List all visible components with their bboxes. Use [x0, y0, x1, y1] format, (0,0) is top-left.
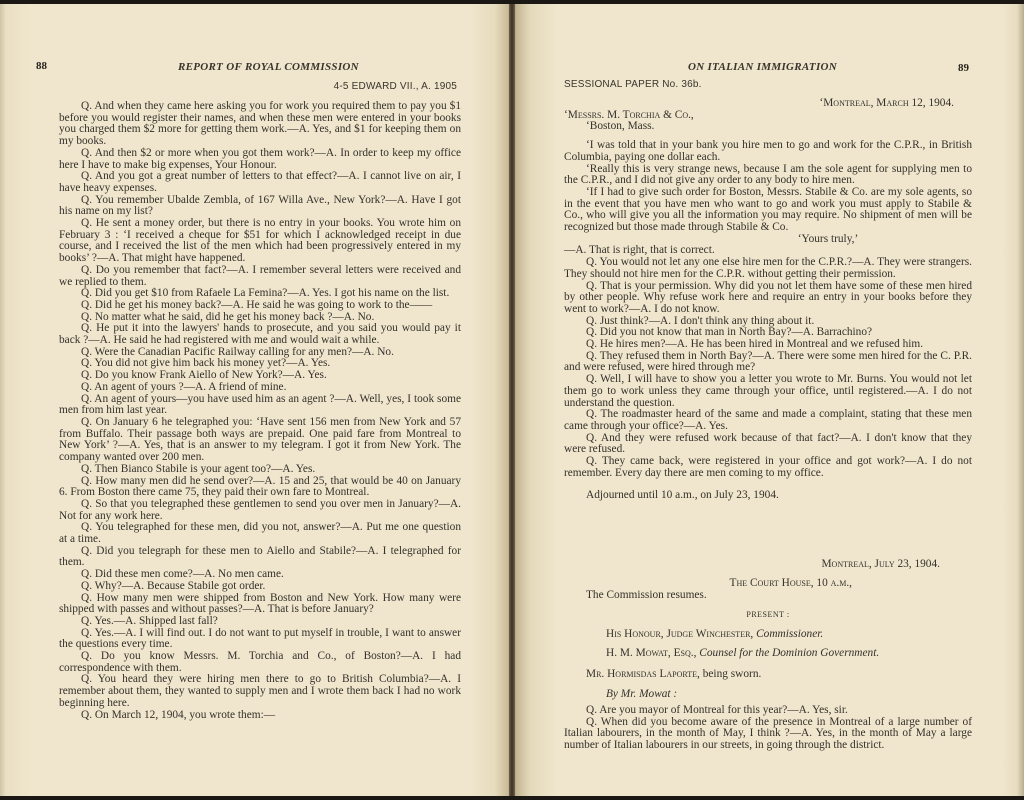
book-gutter [509, 4, 515, 796]
paragraph: Q. Are you mayor of Montreal for this ye… [564, 705, 972, 717]
paragraph: Q. And when they came here asking you fo… [59, 101, 461, 148]
present-label: PRESENT : [564, 609, 972, 621]
present-counsel: H. M. Mowat, Esq., Counsel for the Domin… [564, 648, 972, 660]
examiner-label: By Mr. Mowat : [564, 689, 972, 701]
present-commissioner: His Honour, Judge Winchester, Commission… [564, 629, 972, 641]
running-head: ON ITALIAN IMMIGRATION [688, 61, 837, 73]
letter-paragraph: ‘I was told that in your bank you hire m… [564, 140, 972, 163]
paragraph: Q. You would not let any one else hire m… [564, 257, 972, 280]
paragraph: Q. He put it into the lawyers' hands to … [59, 323, 461, 346]
running-head: REPORT OF ROYAL COMMISSION [178, 61, 359, 73]
paragraph: Q. You heard they were hiring men there … [59, 674, 461, 709]
paragraph: Q. When did you become aware of the pres… [564, 717, 972, 752]
session-subhead: SESSIONAL PAPER No. 36b. [564, 79, 702, 90]
paragraph: Q. How many men were shipped from Boston… [59, 593, 461, 616]
letter-paragraph: ‘Really this is very strange news, becau… [564, 164, 972, 187]
paragraph: Q. An agent of yours ?—A. A friend of mi… [59, 382, 461, 394]
witness-name: Mr. Hormisdas Laporte, [586, 668, 700, 680]
paragraph: Q. Yes.—A. I will find out. I do not wan… [59, 628, 461, 651]
witness-suffix: being sworn. [703, 668, 762, 680]
letter-paragraph: ‘If I had to give such order for Boston,… [564, 187, 972, 234]
adjournment-note: Adjourned until 10 a.m., on July 23, 190… [564, 490, 972, 502]
paragraph: Q. They came back, were registered in yo… [564, 456, 972, 479]
paragraph: Q. Do you know Messrs. M. Torchia and Co… [59, 651, 461, 674]
session-place: The Court House, 10 a.m., [564, 578, 972, 590]
right-page: ON ITALIAN IMMIGRATION 89 SESSIONAL PAPE… [512, 4, 1024, 796]
letter-address-city: ‘Boston, Mass. [564, 121, 972, 133]
right-body-text: ‘Montreal, March 12, 1904. ‘Messrs. M. T… [564, 98, 972, 752]
paragraph: Q. And you got a great number of letters… [59, 171, 461, 194]
paragraph: Q. Well, I will have to show you a lette… [564, 374, 972, 409]
paragraph: Q. He sent a money order, but there is n… [59, 218, 461, 265]
paragraph: Q. Yes.—A. Shipped last fall? [59, 616, 461, 628]
paragraph: Q. On January 6 he telegraphed you: ‘Hav… [59, 417, 461, 464]
paragraph: Q. Did you telegraph for these men to Ai… [59, 546, 461, 569]
paragraph: Q. You telegraphed for these men, did yo… [59, 522, 461, 545]
paragraph: Q. How many men did he send over?—A. 15 … [59, 476, 461, 499]
paragraph: Q. You remember Ubalde Zembla, of 167 Wi… [59, 195, 461, 218]
witness-sworn: Mr. Hormisdas Laporte, being sworn. [564, 669, 972, 681]
paragraph: Q. The roadmaster heard of the same and … [564, 409, 972, 432]
present-name: H. M. Mowat, Esq., [606, 647, 696, 659]
paragraph: Q. They refused them in North Bay?—A. Th… [564, 351, 972, 374]
paragraph: Q. And then $2 or more when you got them… [59, 148, 461, 171]
paragraph: Q. On March 12, 1904, you wrote them:— [59, 710, 461, 722]
paragraph: Q. Do you remember that fact?—A. I remem… [59, 265, 461, 288]
paragraph: Q. And they were refused work because of… [564, 433, 972, 456]
paragraph: Q. Then Bianco Stabile is your agent too… [59, 464, 461, 476]
paragraph: Q. So that you telegraphed these gentlem… [59, 499, 461, 522]
paragraph: Q. Why?—A. Because Stabile got order. [59, 581, 461, 593]
left-page: 88 REPORT OF ROYAL COMMISSION 4-5 EDWARD… [0, 4, 512, 796]
present-name: His Honour, Judge Winchester, [606, 628, 753, 640]
present-role: Counsel for the Dominion Government. [699, 647, 879, 659]
paragraph: Q. That is your permission. Why did you … [564, 281, 972, 316]
left-body-text: Q. And when they came here asking you fo… [59, 101, 461, 721]
book-spread: 88 REPORT OF ROYAL COMMISSION 4-5 EDWARD… [0, 4, 1024, 796]
present-role: Commissioner. [756, 628, 823, 640]
page-number: 88 [36, 60, 47, 72]
session-subhead: 4-5 EDWARD VII., A. 1905 [334, 81, 457, 92]
session-dateline: Montreal, July 23, 1904. [564, 559, 972, 571]
paragraph: Q. Did he get his money back?—A. He said… [59, 300, 461, 312]
paragraph: Q. He hires men?—A. He has been hired in… [564, 339, 972, 351]
commission-resumes: The Commission resumes. [564, 590, 972, 602]
letter-dateline: ‘Montreal, March 12, 1904. [564, 98, 972, 110]
page-number: 89 [958, 62, 969, 74]
paragraph: Q. An agent of yours—you have used him a… [59, 394, 461, 417]
